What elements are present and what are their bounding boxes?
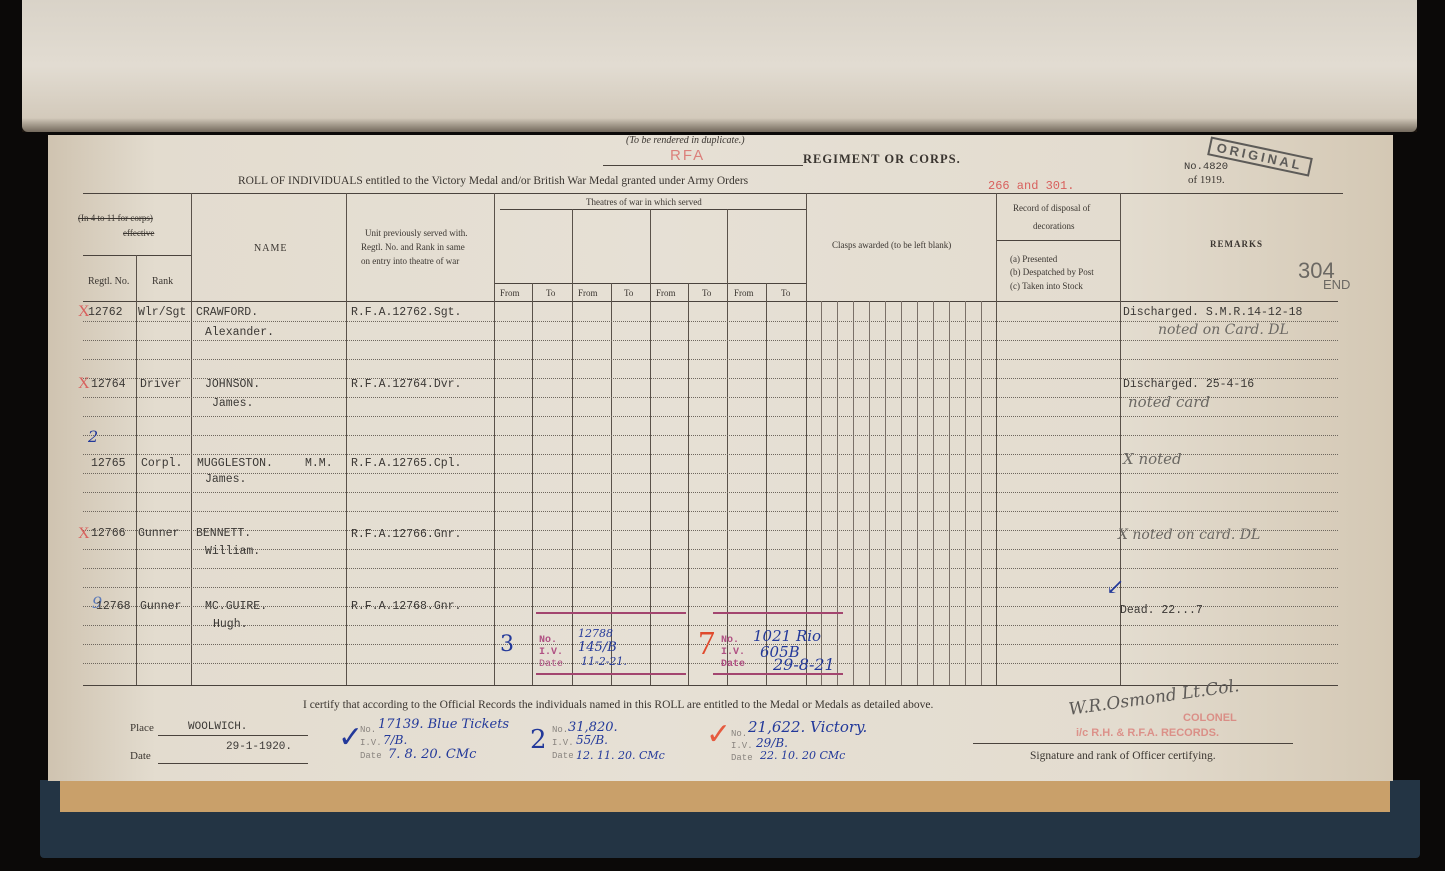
forename: Alexander. xyxy=(205,326,274,339)
header-unit-1: Unit previously served with. xyxy=(365,228,468,238)
surname: MC.GUIRE. xyxy=(205,600,267,613)
stamp-rule xyxy=(536,673,686,675)
header-to-3: To xyxy=(702,288,711,298)
stamp-no-value: 21,622. Victory. xyxy=(748,718,867,736)
stamp-date-value: 7. 8. 20. CMc xyxy=(388,747,476,762)
regtl-no: 12766 xyxy=(91,527,126,540)
stamp-no-label: No. xyxy=(731,729,747,739)
stamp-iv-label: I.V. xyxy=(721,647,745,658)
stamp-date-label: Date xyxy=(360,751,382,761)
roll-title: ROLL OF INDIVIDUALS entitled to the Vict… xyxy=(238,175,748,187)
stamp-iv-value: 7/B. xyxy=(383,733,407,747)
ruled-line xyxy=(83,321,1338,322)
col-line xyxy=(191,193,192,685)
header-disposal-c: (c) Taken into Stock xyxy=(1010,281,1083,291)
unit: R.F.A.12768.Gnr. xyxy=(351,600,461,613)
ruled-line xyxy=(83,511,1338,512)
struck-through-text: (In 4 to 11 for corps) xyxy=(78,213,153,223)
duplicate-note: (To be rendered in duplicate.) xyxy=(626,135,745,146)
pencil-note: noted on Card. DL xyxy=(1158,322,1289,338)
forename: Hugh. xyxy=(213,618,248,631)
header-name: NAME xyxy=(254,243,287,254)
surname: JOHNSON. xyxy=(205,378,260,391)
header-from-4: From xyxy=(734,288,754,298)
header-to-2: To xyxy=(624,288,633,298)
stamp-no-value: 12788 xyxy=(578,627,613,640)
stamp-mark: ✓ xyxy=(706,717,731,752)
forename: James. xyxy=(212,397,253,410)
forename: James. xyxy=(205,473,246,486)
medal-roll-page: (To be rendered in duplicate.) RFA REGIM… xyxy=(48,135,1393,781)
stamp-mark: 7 xyxy=(698,625,715,663)
struck-through-text-2: effective xyxy=(123,228,154,238)
header-disposal-a: (a) Presented xyxy=(1010,254,1057,264)
header-remarks: REMARKS xyxy=(1210,239,1263,249)
header-theatres: Theatres of war in which served xyxy=(586,197,702,207)
ruled-line xyxy=(83,416,1338,417)
disposal-divider xyxy=(996,240,1120,241)
stamp-rule xyxy=(713,612,843,614)
page-fold-shadow xyxy=(22,118,1417,132)
ruled-line xyxy=(83,549,1338,550)
header-from-1: From xyxy=(500,288,520,298)
stamp-iv-label: I.V. xyxy=(360,738,382,748)
stamp-no-label: No. xyxy=(552,725,568,735)
header-divider xyxy=(83,255,191,256)
header-top-rule xyxy=(83,193,1343,194)
header-from-2: From xyxy=(578,288,598,298)
date-line xyxy=(158,763,308,764)
stamp-date-label: Date xyxy=(731,753,753,763)
stamp-no-label: No. xyxy=(539,635,557,646)
form-year: of 1919. xyxy=(1188,174,1225,186)
regtl-no: 12765 xyxy=(91,457,126,470)
rank: Gunner xyxy=(140,600,181,613)
header-to-1: To xyxy=(546,288,555,298)
rank: Corpl. xyxy=(141,457,182,470)
col-line xyxy=(136,255,137,685)
signature-line xyxy=(973,743,1293,744)
margin-mark: X xyxy=(78,375,90,393)
remark: Dead. 22...7 xyxy=(1120,604,1203,617)
page-annotation-sub: END xyxy=(1323,277,1350,292)
army-orders-numbers: 266 and 301. xyxy=(988,179,1074,193)
remark: Discharged. 25-4-16 xyxy=(1123,378,1254,391)
header-disposal-b: (b) Despatched by Post xyxy=(1010,267,1094,277)
stamp-date-label: Date xyxy=(552,751,574,761)
forename: William. xyxy=(205,545,260,558)
ruled-line xyxy=(83,587,1338,588)
pencil-note: X noted xyxy=(1123,450,1182,468)
header-rank: Rank xyxy=(152,276,173,287)
stamp-rule xyxy=(713,673,843,675)
stamp-iv-label: I.V. xyxy=(552,738,574,748)
stamp-iv-value: 145/B xyxy=(578,640,617,655)
header-disposal-1: Record of disposal of xyxy=(1013,203,1090,213)
stamp-iv-value: 55/B. xyxy=(576,733,608,747)
records-stamp-line1: COLONEL xyxy=(1183,712,1237,724)
certify-text: I certify that according to the Official… xyxy=(303,699,933,711)
regiment-line xyxy=(603,165,803,166)
ruled-line xyxy=(83,663,1338,664)
margin-mark: 2 xyxy=(88,427,98,446)
table-bottom-rule xyxy=(83,685,1338,686)
ruled-line xyxy=(83,568,1338,569)
rank: Gunner xyxy=(138,527,179,540)
ruled-line xyxy=(83,340,1338,341)
surname: CRAWFORD. xyxy=(196,306,258,319)
col-line xyxy=(494,193,495,685)
header-regtl-no: Regtl. No. xyxy=(88,276,129,287)
arrow-mark: ↙ xyxy=(1106,575,1124,600)
ruled-line xyxy=(83,492,1338,493)
stamp-no-value: 17139. Blue Tickets xyxy=(378,717,509,732)
stamp-no-label: No. xyxy=(721,635,739,646)
header-clasps: Clasps awarded (to be left blank) xyxy=(832,240,951,250)
records-stamp-line2: i/c R.H. & R.F.A. RECORDS. xyxy=(1076,727,1219,739)
regtl-no: 12762 xyxy=(88,306,123,319)
place-line xyxy=(158,735,308,736)
date-value: 29-1-1920. xyxy=(226,741,292,753)
ruled-line xyxy=(83,359,1338,360)
remark: Discharged. S.M.R.14-12-18 xyxy=(1123,306,1302,319)
col-line xyxy=(996,193,997,685)
place-label: Place xyxy=(130,722,154,734)
unit: R.F.A.12765.Cpl. xyxy=(351,457,461,470)
header-unit-2: Regtl. No. and Rank in same xyxy=(361,242,465,252)
stamp-date-value: 22. 10. 20 CMc xyxy=(760,749,845,762)
header-disposal-2: decorations xyxy=(1033,221,1074,231)
surname: MUGGLESTON. xyxy=(197,457,273,470)
ruled-line xyxy=(83,473,1338,474)
ruled-line xyxy=(83,435,1338,436)
previous-page xyxy=(22,0,1417,132)
stamp-mark: 3 xyxy=(500,632,514,657)
theatres-divider xyxy=(500,209,806,210)
regiment-stamp: RFA xyxy=(670,147,705,164)
stamp-iv-label: I.V. xyxy=(731,741,753,751)
regtl-no: 12768 xyxy=(96,600,131,613)
form-number: No.4820 xyxy=(1184,161,1228,173)
rank: Wlr/Sgt xyxy=(138,306,186,319)
stamp-rule xyxy=(536,612,686,614)
stamp-date-label: Date xyxy=(721,659,745,670)
rank: Driver xyxy=(140,378,181,391)
pencil-note: X noted on card. DL xyxy=(1118,527,1260,543)
honours: M.M. xyxy=(305,457,333,470)
stamp-date-value: 11-2-21. xyxy=(581,655,627,668)
header-from-3: From xyxy=(656,288,676,298)
unit: R.F.A.12766.Gnr. xyxy=(351,528,461,541)
date-label: Date xyxy=(130,750,151,762)
regtl-no: 12764 xyxy=(91,378,126,391)
header-to-4: To xyxy=(781,288,790,298)
surname: BENNETT. xyxy=(196,527,251,540)
stamp-date-label: Date xyxy=(539,659,563,670)
col-line xyxy=(346,193,347,685)
regiment-label: REGIMENT OR CORPS. xyxy=(803,152,961,167)
stamp-iv-label: I.V. xyxy=(539,647,563,658)
margin-mark: X xyxy=(78,525,90,543)
signature-label: Signature and rank of Officer certifying… xyxy=(1030,750,1216,762)
stamp-iv-value: 29/B. xyxy=(756,736,788,750)
unit: R.F.A.12762.Sgt. xyxy=(351,306,461,319)
stamp-mark: 2 xyxy=(530,725,547,755)
unit: R.F.A.12764.Dvr. xyxy=(351,378,461,391)
pencil-note: noted card xyxy=(1128,393,1210,411)
header-unit-3: on entry into theatre of war xyxy=(361,256,459,266)
stamp-no-label: No. xyxy=(360,725,376,735)
place-value: WOOLWICH. xyxy=(188,721,247,733)
header-bottom-rule xyxy=(83,301,1338,302)
stamp-date-value: 29-8-21 xyxy=(773,655,835,674)
stamp-date-value: 12. 11. 20. CMc xyxy=(576,749,665,762)
